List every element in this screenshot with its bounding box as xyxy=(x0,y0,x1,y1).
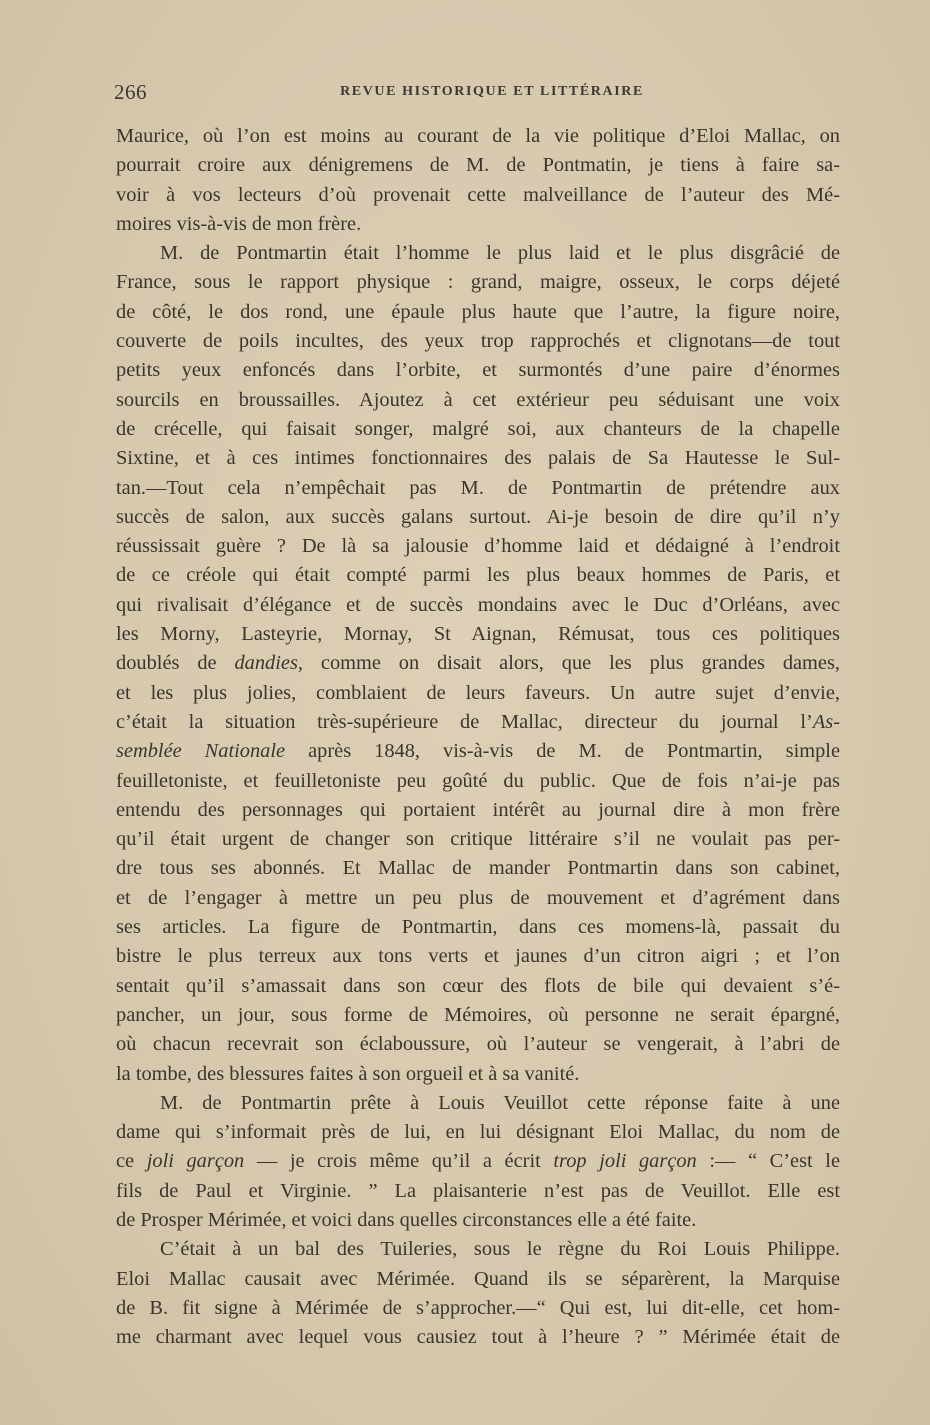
italic-word: dandies xyxy=(234,652,297,674)
paragraph-start-line: C’était à un bal des Tuileries, sous le … xyxy=(116,1235,840,1264)
text-line: bistre le plus terreux aux tons verts et… xyxy=(116,942,840,971)
text-line: sourcils en broussailles. Ajoutez à cet … xyxy=(116,386,840,415)
text-line: de B. fit signe à Mérimée de s’approcher… xyxy=(116,1294,840,1323)
text-line: tan.—Tout cela n’empêchait pas M. de Pon… xyxy=(116,474,840,503)
text-line: ses articles. La figure de Pontmartin, d… xyxy=(116,913,840,942)
text-line: c’était la situation très-supérieure de … xyxy=(116,708,840,737)
text-segment: ce xyxy=(116,1150,147,1172)
text-line: ce joli garçon — je crois même qu’il a é… xyxy=(116,1147,840,1176)
text-line: voir à vos lecteurs d’où provenait cette… xyxy=(116,181,840,210)
text-line: moires vis-à-vis de mon frère. xyxy=(116,210,840,239)
text-line: petits yeux enfoncés dans l’orbite, et s… xyxy=(116,356,840,385)
text-line: succès de salon, aux succès galans surto… xyxy=(116,503,840,532)
italic-word: semblée Nationale xyxy=(116,740,285,762)
text-line: me charmant avec lequel vous causiez tou… xyxy=(116,1323,840,1352)
text-line: pourrait croire aux dénigremens de M. de… xyxy=(116,151,840,180)
page-header: 266 REVUE HISTORIQUE ET LITTÉRAIRE xyxy=(112,80,832,110)
body-text: Maurice, où l’on est moins au courant de… xyxy=(116,122,840,1352)
text-line: les Morny, Lasteyrie, Mornay, St Aignan,… xyxy=(116,620,840,649)
running-title: REVUE HISTORIQUE ET LITTÉRAIRE xyxy=(112,84,832,100)
text-line: Sixtine, et à ces intimes fonctionnaires… xyxy=(116,444,840,473)
text-line: pancher, un jour, sous forme de Mémoires… xyxy=(116,1001,840,1030)
italic-word: As- xyxy=(813,711,840,733)
paragraph-start-line: M. de Pontmartin était l’homme le plus l… xyxy=(116,239,840,268)
text-line: qu’il était urgent de changer son critiq… xyxy=(116,825,840,854)
text-segment: après 1848, vis-à-vis de M. de Pontmarti… xyxy=(285,740,840,762)
text-line: réussissait guère ? De là sa jalousie d’… xyxy=(116,532,840,561)
text-line: doublés de dandies, comme on disait alor… xyxy=(116,649,840,678)
text-line: fils de Paul et Virginie. ” La plaisante… xyxy=(116,1177,840,1206)
text-line: entendu des personnages qui portaient in… xyxy=(116,796,840,825)
text-line: dame qui s’informait près de lui, en lui… xyxy=(116,1118,840,1147)
italic-word: joli garçon xyxy=(147,1150,245,1172)
paragraph-start-line: M. de Pontmartin prête à Louis Veuillot … xyxy=(116,1089,840,1118)
text-segment: doublés de xyxy=(116,652,234,674)
text-segment: c’était la situation très-supérieure de … xyxy=(116,711,813,733)
text-line: où chacun recevrait son éclaboussure, où… xyxy=(116,1030,840,1059)
italic-word: trop joli garçon xyxy=(553,1150,696,1172)
text-segment: :— “ C’est le xyxy=(697,1150,840,1172)
text-segment: , comme on disait alors, que les plus gr… xyxy=(298,652,840,674)
text-line: sentait qu’il s’amassait dans son cœur d… xyxy=(116,972,840,1001)
text-line: semblée Nationale après 1848, vis-à-vis … xyxy=(116,737,840,766)
text-line: et de l’engager à mettre un peu plus de … xyxy=(116,884,840,913)
text-line: France, sous le rapport physique : grand… xyxy=(116,268,840,297)
text-line: de ce créole qui était compté parmi les … xyxy=(116,561,840,590)
text-line: feuilletoniste, et feuilletoniste peu go… xyxy=(116,767,840,796)
text-line: et les plus jolies, comblaient de leurs … xyxy=(116,679,840,708)
text-line: dre tous ses abonnés. Et Mallac de mande… xyxy=(116,854,840,883)
text-line: de crécelle, qui faisait songer, malgré … xyxy=(116,415,840,444)
text-line: Maurice, où l’on est moins au courant de… xyxy=(116,122,840,151)
book-page: 266 REVUE HISTORIQUE ET LITTÉRAIRE Mauri… xyxy=(0,0,930,1425)
text-line: de Prosper Mérimée, et voici dans quelle… xyxy=(116,1206,840,1235)
text-line: la tombe, des blessures faites à son org… xyxy=(116,1060,840,1089)
text-segment: — je crois même qu’il a écrit xyxy=(244,1150,553,1172)
text-line: qui rivalisait d’élégance et de succès m… xyxy=(116,591,840,620)
text-line: de côté, le dos rond, une épaule plus ha… xyxy=(116,298,840,327)
text-line: couverte de poils incultes, des yeux tro… xyxy=(116,327,840,356)
text-line: Eloi Mallac causait avec Mérimée. Quand … xyxy=(116,1265,840,1294)
